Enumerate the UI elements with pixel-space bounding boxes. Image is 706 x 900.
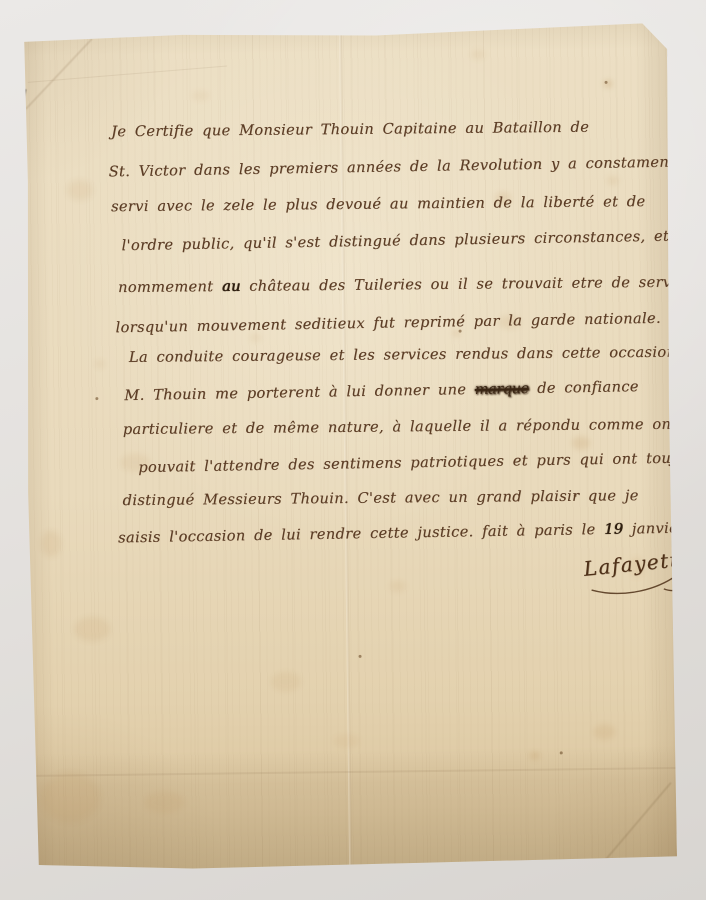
corrected-date-day: 19 xyxy=(604,521,624,538)
handwritten-line: St. Victor dans les premiers années de l… xyxy=(108,154,675,181)
foxing-stain xyxy=(67,180,93,200)
foxing-stain xyxy=(572,436,590,450)
line-text: distingué Messieurs Thouin. C'est avec u… xyxy=(123,487,639,509)
foxing-stain xyxy=(530,752,540,760)
line-text: La conduite courageuse et les services r… xyxy=(129,343,706,366)
letter-paper: Je Certifie que Monsieur Thouin Capitain… xyxy=(21,23,677,871)
handwritten-line: l'ordre public, qu'il s'est distingué da… xyxy=(121,228,669,255)
top-edge-crease xyxy=(28,65,227,82)
struck-out-word: marque xyxy=(475,380,529,398)
line-text: nommement xyxy=(118,278,222,296)
foxing-stain xyxy=(471,49,485,59)
handwritten-line: saisis l'occasion de lui rendre cette ju… xyxy=(118,519,706,547)
line-text: lorsqu'un mouvement seditieux fut reprim… xyxy=(115,310,661,337)
handwritten-line: pouvait l'attendre des sentimens patriot… xyxy=(138,449,706,476)
foxing-stain xyxy=(41,531,61,557)
top-left-corner-crease xyxy=(25,38,92,109)
foxing-stain-layer xyxy=(21,23,667,31)
center-fold-crease xyxy=(339,27,352,867)
handwritten-line: nommement au château des Tuileries ou il… xyxy=(118,274,694,297)
handwritten-line: M. Thouin me porterent à lui donner une … xyxy=(124,378,639,404)
foxing-stain xyxy=(144,791,184,813)
foxing-stain xyxy=(192,91,210,101)
line-text: janvier 1815. xyxy=(623,519,706,538)
bottom-right-corner-crease xyxy=(604,782,672,862)
handwritten-line: lorsqu'un mouvement seditieux fut reprim… xyxy=(115,310,661,337)
line-text: pouvait l'attendre des sentimens patriot… xyxy=(138,449,706,476)
line-text: servi avec le zele le plus devoué au mai… xyxy=(111,193,646,215)
line-text: Je Certifie que Monsieur Thouin Capitain… xyxy=(111,119,589,141)
foxing-stain xyxy=(593,724,615,740)
handwritten-line: distingué Messieurs Thouin. C'est avec u… xyxy=(123,487,639,509)
line-text: particuliere et de même nature, à laquel… xyxy=(123,416,672,438)
handwritten-line: Je Certifie que Monsieur Thouin Capitain… xyxy=(111,119,589,141)
handwritten-line: particuliere et de même nature, à laquel… xyxy=(123,416,672,438)
ink-speck xyxy=(605,81,608,84)
foxing-stain xyxy=(95,360,105,368)
foxing-stain xyxy=(250,333,262,342)
foxing-stain xyxy=(390,580,406,592)
foxing-stain xyxy=(271,672,301,692)
line-text: saisis l'occasion de lui rendre cette ju… xyxy=(118,521,604,546)
line-text: l'ordre public, qu'il s'est distingué da… xyxy=(121,228,669,255)
line-text: de confiance xyxy=(529,378,639,397)
handwritten-line: La conduite courageuse et les services r… xyxy=(129,343,706,366)
foxing-stain xyxy=(74,617,110,641)
foxing-stain xyxy=(604,80,613,88)
horizontal-fold-crease xyxy=(30,767,676,777)
line-text: M. Thouin me porterent à lui donner une xyxy=(124,381,475,404)
ink-speck xyxy=(95,397,98,400)
foxing-stain xyxy=(40,772,101,823)
foxing-stain xyxy=(334,734,360,748)
line-text: St. Victor dans les premiers années de l… xyxy=(108,154,675,181)
foxing-stain xyxy=(453,330,461,337)
handwritten-line: servi avec le zele le plus devoué au mai… xyxy=(111,193,646,215)
ink-speck xyxy=(560,751,563,754)
line-text: château des Tuileries ou il se trouvait … xyxy=(241,274,694,295)
foxing-stain xyxy=(607,176,619,186)
corrected-word: au xyxy=(222,278,241,295)
ink-speck xyxy=(359,655,362,658)
photograph-of-manuscript: Je Certifie que Monsieur Thouin Capitain… xyxy=(0,0,706,900)
left-edge-nick xyxy=(20,89,26,107)
